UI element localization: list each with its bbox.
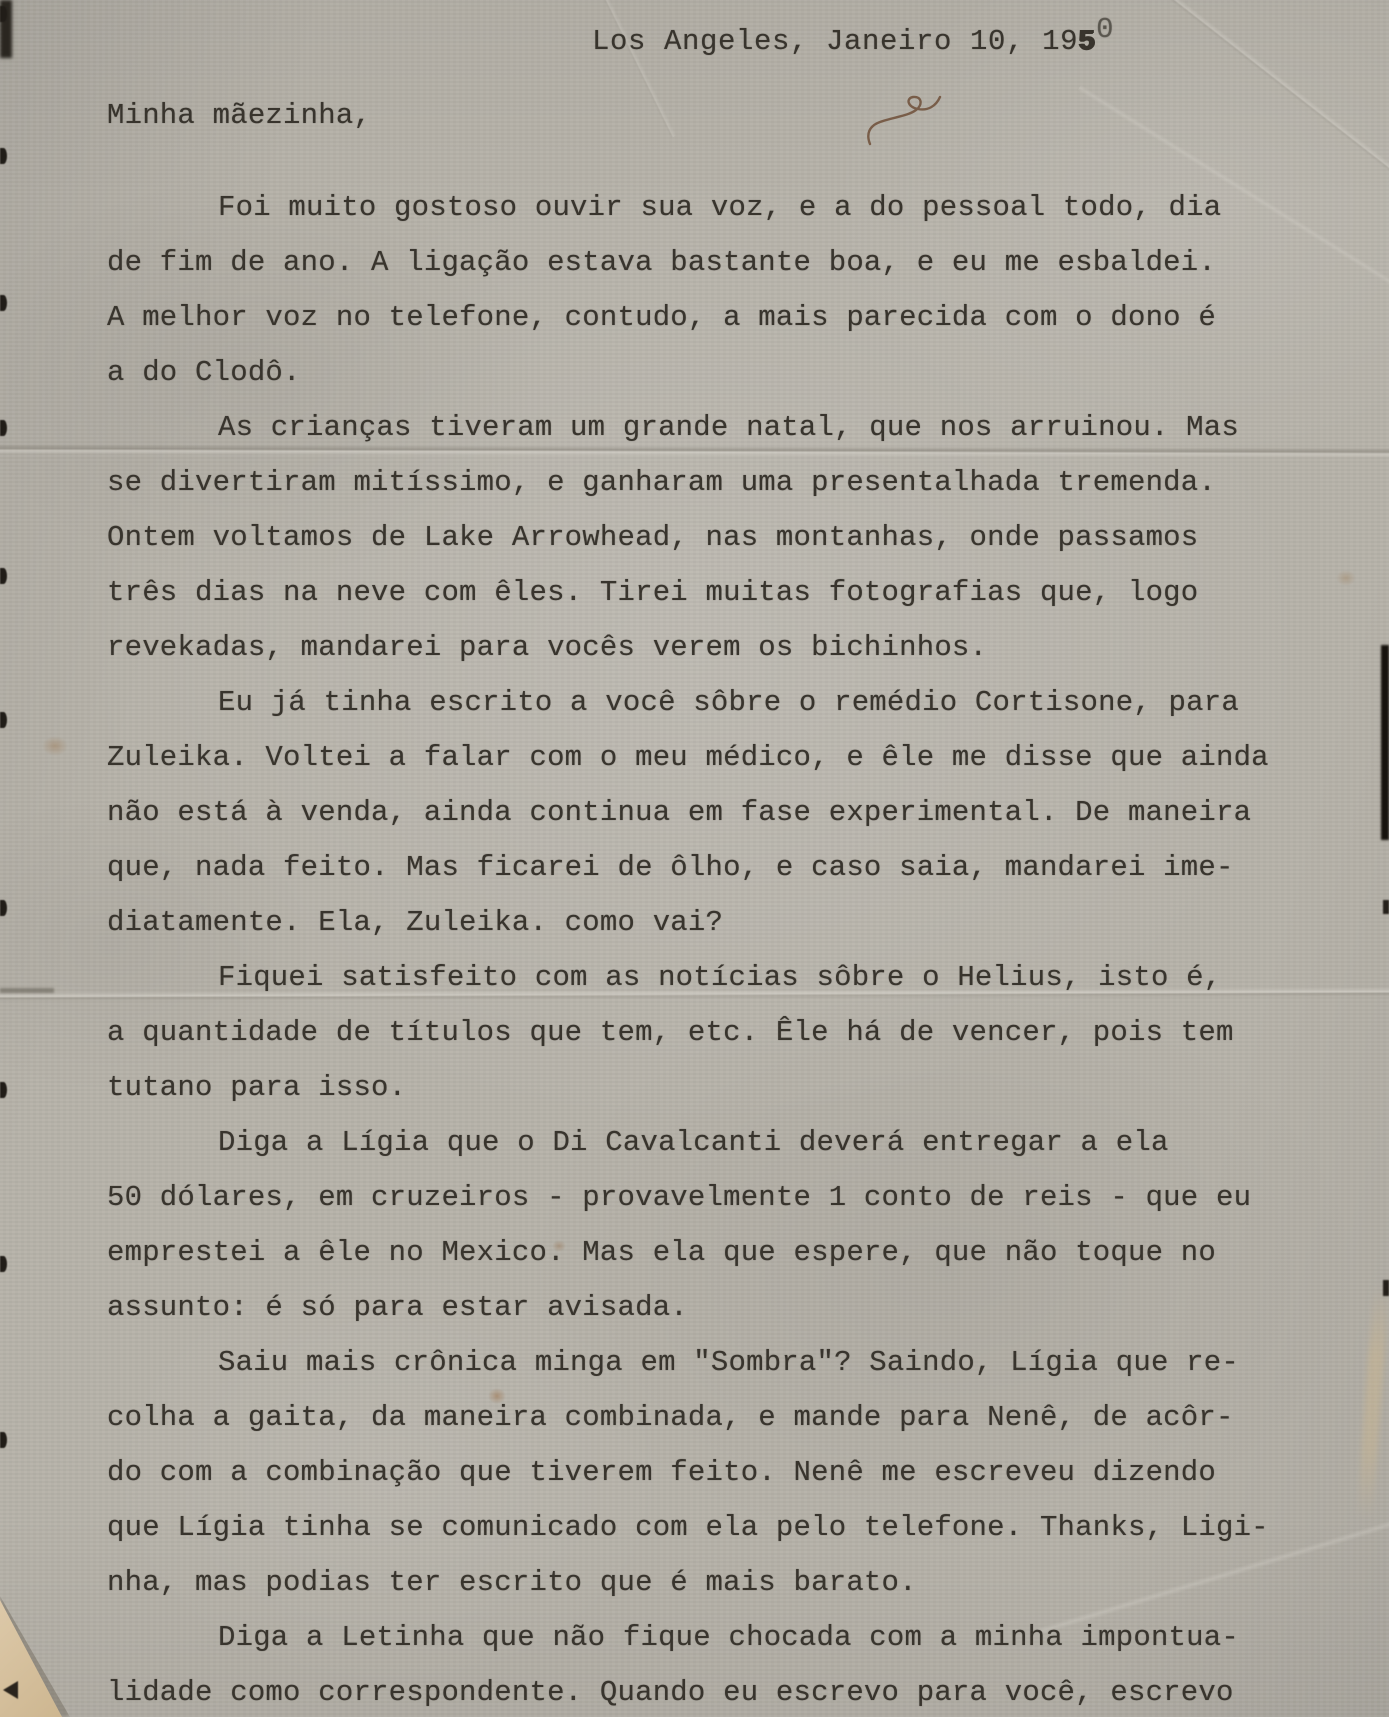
letter-line: Diga a Letinha que não fique chocada com… xyxy=(107,1610,1389,1665)
letter-line: Fiquei satisfeito com as notícias sôbre … xyxy=(107,950,1389,1005)
scan-edge-artifact xyxy=(0,148,7,164)
letter-line: diatamente. Ela, Zuleika. como vai? xyxy=(107,895,1389,950)
letter-line: emprestei a êle no Mexico. Mas ela que e… xyxy=(107,1225,1389,1280)
letter-line: Ontem voltamos de Lake Arrowhead, nas mo… xyxy=(107,510,1389,565)
letter-line: que, nada feito. Mas ficarei de ôlho, e … xyxy=(107,840,1389,895)
letter-line: não está à venda, ainda continua em fase… xyxy=(107,785,1389,840)
paper-stain xyxy=(42,736,68,756)
letter-line: Diga a Lígia que o Di Cavalcanti deverá … xyxy=(107,1115,1389,1170)
scan-edge-artifact xyxy=(0,568,7,584)
letter-line: Foi muito gostoso ouvir sua voz, e a do … xyxy=(107,180,1389,235)
letter-line: lidade como correspondente. Quando eu es… xyxy=(107,1665,1389,1717)
scan-edge-artifact xyxy=(0,1082,7,1098)
scan-edge-artifact xyxy=(1383,900,1389,914)
scan-edge-artifact xyxy=(0,712,7,728)
letter-line: de fim de ano. A ligação estava bastante… xyxy=(107,235,1389,290)
handwritten-mark xyxy=(856,86,952,152)
dateline-text: Los Angeles, Janeiro 10, 19 xyxy=(592,25,1078,58)
letter-line: assunto: é só para estar avisada. xyxy=(107,1280,1389,1335)
scan-edge-artifact xyxy=(0,900,7,916)
letter-line: a quantidade de títulos que tem, etc. Êl… xyxy=(107,1005,1389,1060)
letter-line: Saiu mais crônica minga em "Sombra"? Sai… xyxy=(107,1335,1389,1390)
letter-line: do com a combinação que tiverem feito. N… xyxy=(107,1445,1389,1500)
scan-edge-artifact xyxy=(0,1256,7,1272)
dateline: Los Angeles, Janeiro 10, 1950 xyxy=(592,14,1114,69)
letter-line: 50 dólares, em cruzeiros - provavelmente… xyxy=(107,1170,1389,1225)
scan-edge-artifact xyxy=(0,1432,7,1448)
letter-line: As crianças tiveram um grande natal, que… xyxy=(107,400,1389,455)
letter-line: se divertiram mitíssimo, e ganharam uma … xyxy=(107,455,1389,510)
letter-line: A melhor voz no telefone, contudo, a mai… xyxy=(107,290,1389,345)
letter-line: que Lígia tinha se comunicado com ela pe… xyxy=(107,1500,1389,1555)
letter-line: nha, mas podias ter escrito que é mais b… xyxy=(107,1555,1389,1610)
letter-line: Eu já tinha escrito a você sôbre o reméd… xyxy=(107,675,1389,730)
letter-line: tutano para isso. xyxy=(107,1060,1389,1115)
scan-edge-artifact xyxy=(0,420,7,436)
letter-line: Zuleika. Voltei a falar com o meu médico… xyxy=(107,730,1389,785)
letter-line: colha a gaita, da maneira combinada, e m… xyxy=(107,1390,1389,1445)
letter-line: a do Clodô. xyxy=(107,345,1389,400)
letter-body: Foi muito gostoso ouvir sua voz, e a do … xyxy=(107,180,1389,1717)
letter-page: Los Angeles, Janeiro 10, 1950 Minha mãez… xyxy=(0,0,1389,1717)
letter-line: revekadas, mandarei para vocês verem os … xyxy=(107,620,1389,675)
scan-edge-artifact xyxy=(1383,1280,1389,1296)
scan-edge-artifact xyxy=(0,295,7,311)
salutation: Minha mãezinha, xyxy=(107,88,371,143)
edge-arrow-mark xyxy=(3,1681,18,1699)
raised-digit: 0 xyxy=(1096,2,1114,57)
letter-line: três dias na neve com êles. Tirei muitas… xyxy=(107,565,1389,620)
crease-edge-notch xyxy=(0,988,54,993)
scan-edge-artifact xyxy=(0,6,7,22)
overstruck-digit: 5 xyxy=(1078,25,1096,58)
scan-edge-artifact xyxy=(1381,645,1389,840)
